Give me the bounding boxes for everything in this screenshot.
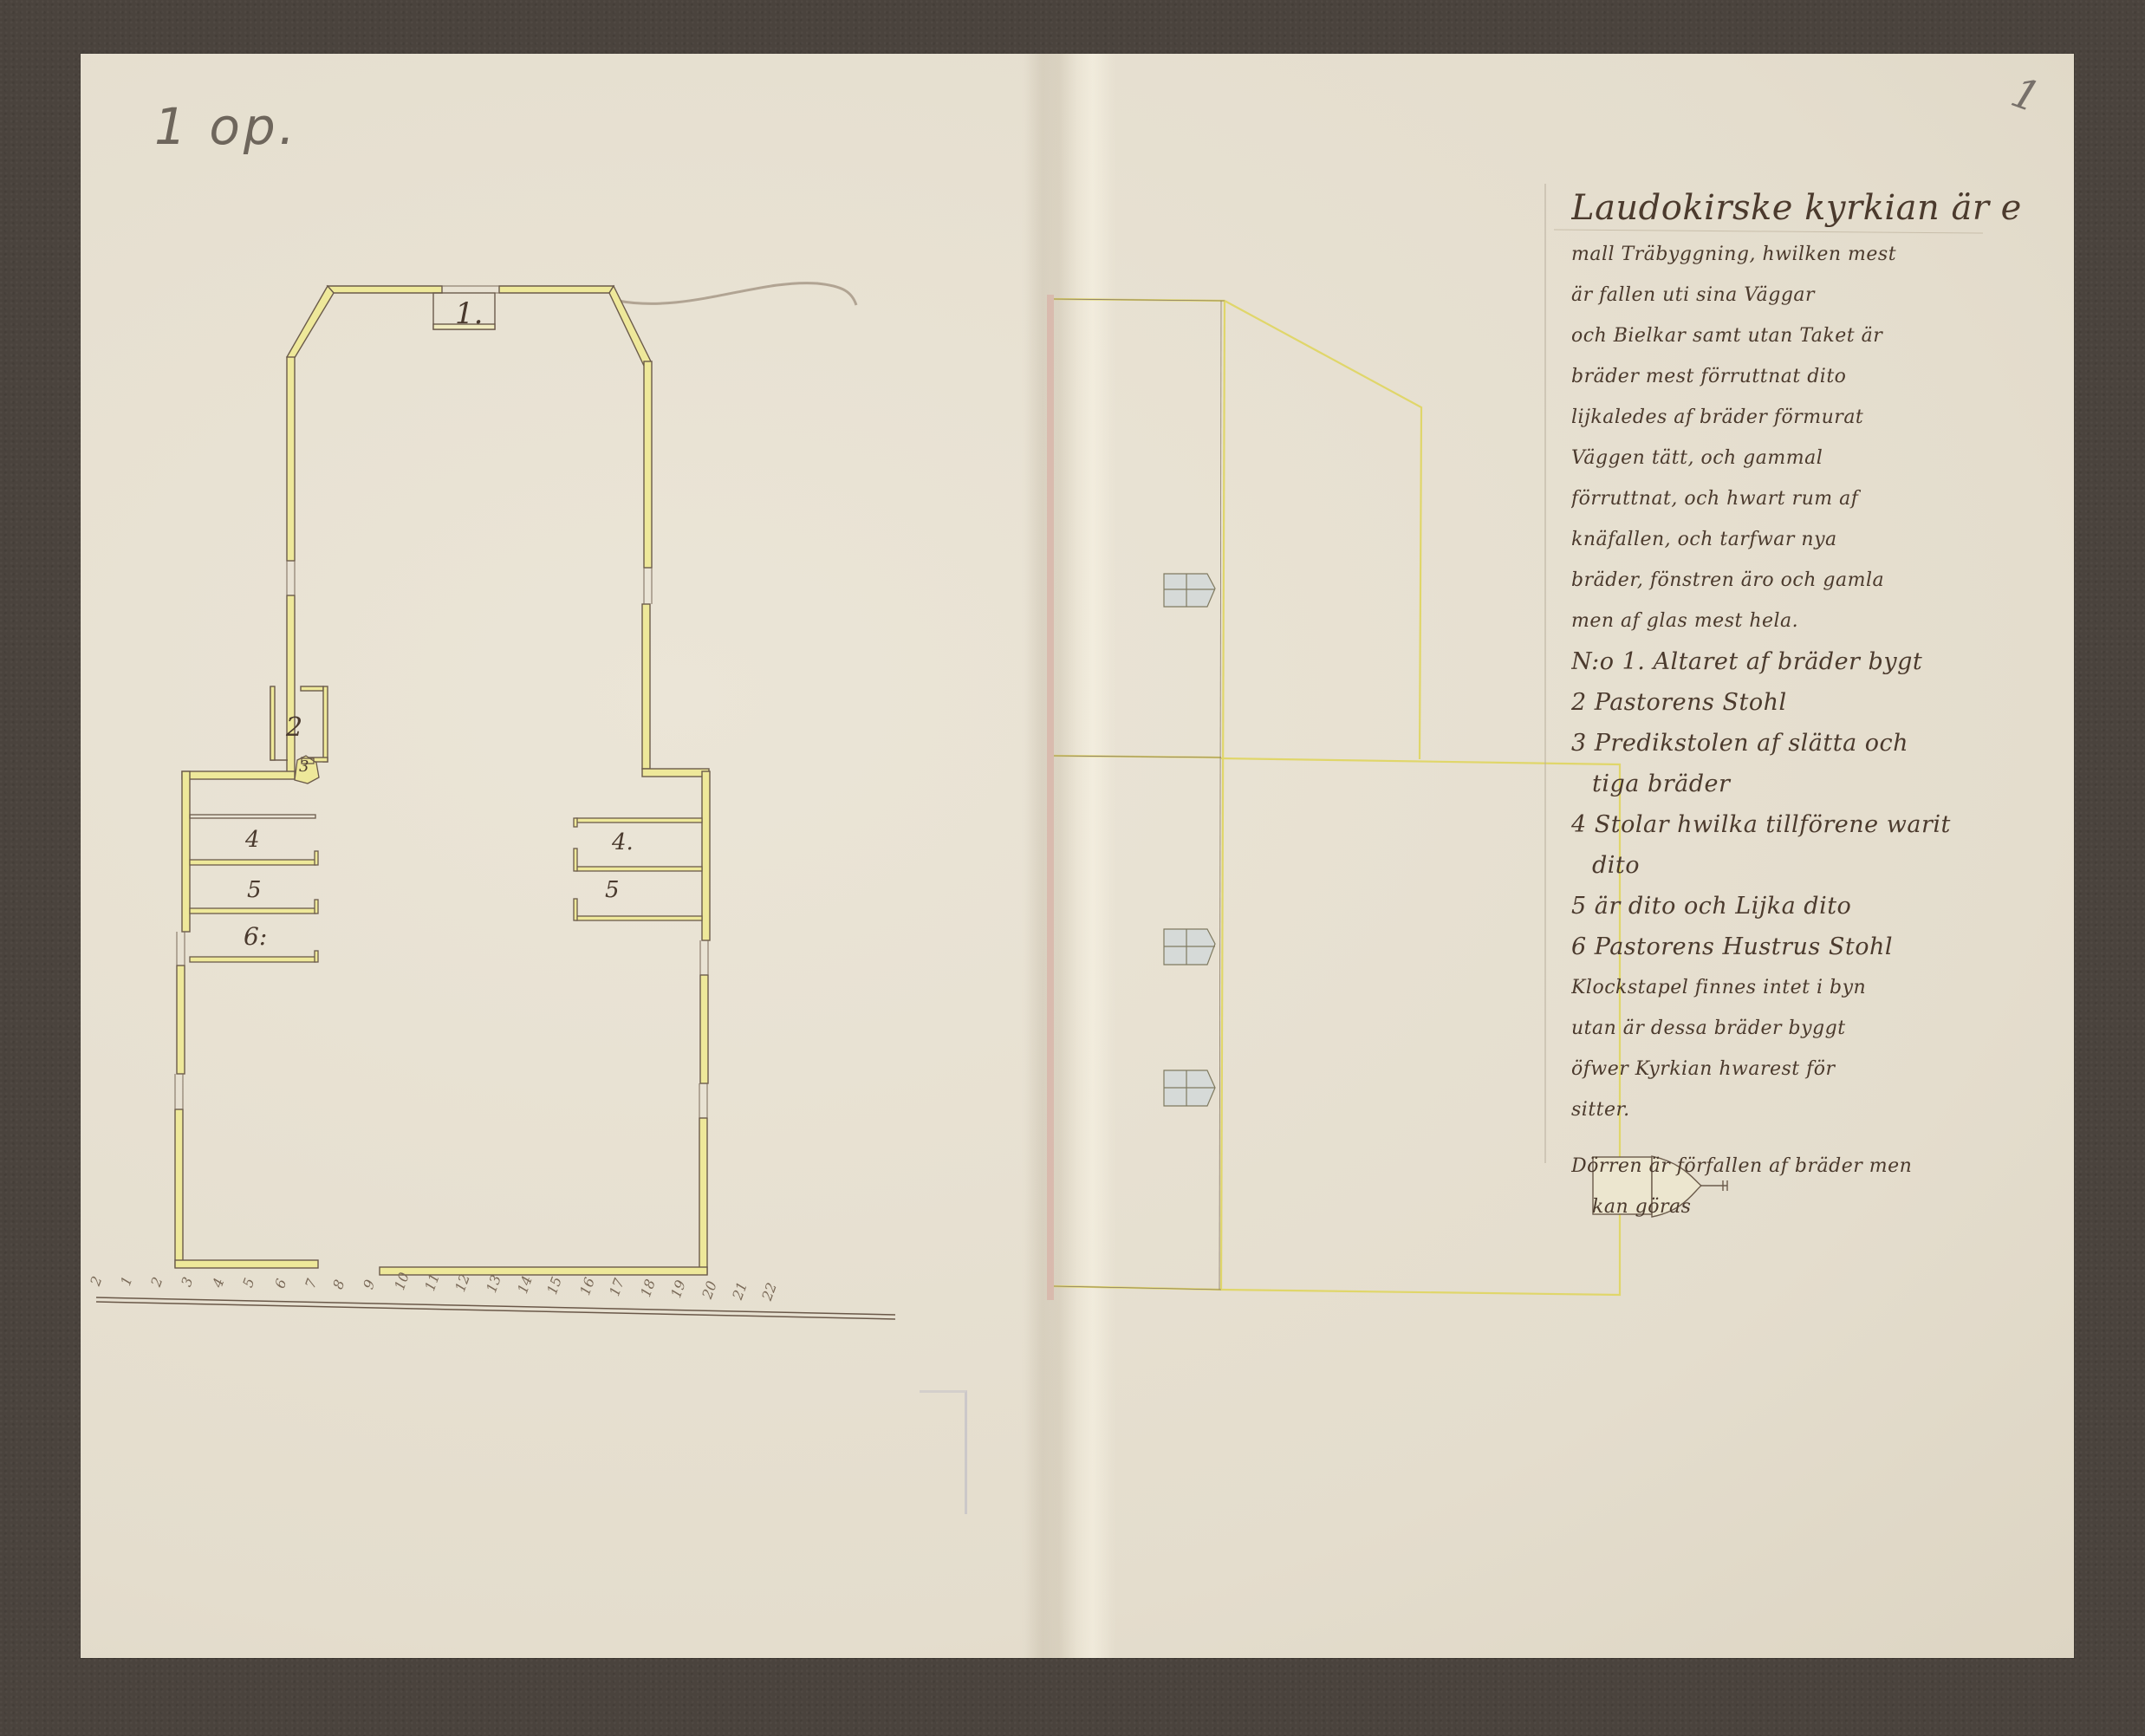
- description-text: Laudokirske kyrkian är en gam- mall Träb…: [1571, 182, 2022, 1227]
- description-line: bräder, fönstren äro och gamla: [1571, 560, 2022, 601]
- plan-label-4-left: 4: [245, 827, 260, 853]
- plan-label-6-left: 6:: [244, 922, 267, 951]
- description-line: Väggen tätt, och gammal: [1571, 438, 2022, 478]
- plan-label-5-right: 5: [605, 877, 620, 903]
- plan-label-4-right: 4.: [612, 829, 634, 855]
- floor-plan: [175, 286, 710, 1275]
- key-item-5: 5 är dito och Lijka dito: [1571, 886, 2022, 927]
- description-line: förruttnat, och hwart rum af: [1571, 478, 2022, 519]
- faint-stamp: [920, 1390, 967, 1514]
- closing-line: Klockstapel finnes intet i byn: [1571, 967, 2022, 1008]
- description-line: och Bielkar samt utan Taket är: [1571, 315, 2022, 356]
- description-line: mall Träbyggning, hwilken mest: [1571, 234, 2022, 275]
- key-item-2: 2 Pastorens Stohl: [1571, 682, 2022, 723]
- description-line: är fallen uti sina Väggar: [1571, 275, 2022, 315]
- closing-line: utan är dessa bräder byggt: [1571, 1008, 2022, 1049]
- closing-line: kan göras: [1571, 1187, 2022, 1227]
- plan-label-3-pulpit: 3: [299, 757, 309, 776]
- window-2: [1164, 929, 1215, 965]
- closing-line: Dörren är förfallen af bräder men: [1571, 1146, 2022, 1187]
- description-line: knäfallen, och tarfwar nya: [1571, 519, 2022, 560]
- description-line: bräder mest förruttnat dito: [1571, 356, 2022, 397]
- description-line: lijkaledes af bräder förmurat: [1571, 397, 2022, 438]
- key-item-4: 4 Stolar hwilka tillförene warit: [1571, 804, 2022, 845]
- key-item-3: 3 Predikstolen af slätta och: [1571, 723, 2022, 764]
- key-item-3-cont: tiga bräder: [1571, 764, 2022, 804]
- plan-label-1-altar: 1.: [455, 296, 483, 331]
- key-item-4-cont: dito: [1571, 845, 2022, 886]
- key-item-1: N:o 1. Altaret af bräder bygt: [1571, 641, 2022, 682]
- closing-line: öfwer Kyrkian hwarest för: [1571, 1049, 2022, 1089]
- description-line: men af glas mest hela.: [1571, 601, 2022, 641]
- window-1: [1164, 574, 1215, 607]
- scale-bar: [96, 1297, 895, 1319]
- description-line: Laudokirske kyrkian är en gam-: [1571, 182, 2022, 234]
- manuscript-sheet: 1 op. 1: [81, 54, 2074, 1658]
- window-3: [1164, 1070, 1215, 1106]
- plan-label-2-pastor-pew: 2: [286, 712, 302, 743]
- plan-label-5-left: 5: [247, 877, 262, 903]
- key-item-6: 6 Pastorens Hustrus Stohl: [1571, 927, 2022, 967]
- closing-line: sitter.: [1571, 1089, 2022, 1130]
